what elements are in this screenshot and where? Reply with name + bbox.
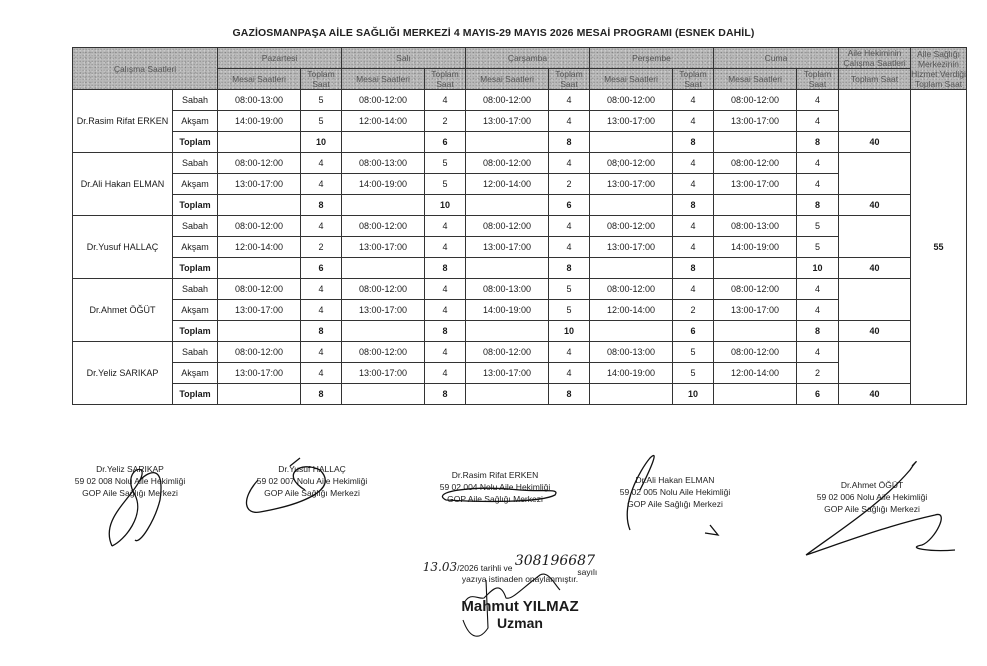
hours-count-cell: 4	[797, 153, 839, 174]
hours-count-cell: 4	[797, 342, 839, 363]
approval-block: 13.03/2026 tarihli ve 308196687 sayılı y…	[400, 562, 640, 631]
hours-cell	[342, 384, 425, 405]
hours-count-cell: 2	[301, 237, 342, 258]
hours-cell	[590, 258, 673, 279]
hours-cell: 08:00-12:00	[714, 90, 797, 111]
hours-cell: 08:00-12:00	[714, 342, 797, 363]
signer-name: Dr.Yeliz SARIKAP	[40, 463, 220, 475]
day-total-cell: 8	[301, 195, 342, 216]
hours-cell: 08:00-12:00	[342, 342, 425, 363]
signer-center: GOP Aile Sağlığı Merkezi	[405, 493, 585, 505]
hours-count-cell: 4	[549, 342, 590, 363]
hours-cell: 14:00-19:00	[590, 363, 673, 384]
hours-count-cell: 4	[549, 216, 590, 237]
shift-label: Toplam	[173, 258, 218, 279]
hours-count-cell: 4	[425, 363, 466, 384]
hours-cell: 08:00-13:00	[466, 279, 549, 300]
hours-count-cell: 5	[673, 363, 714, 384]
hours-count-cell: 4	[797, 174, 839, 195]
day-total-cell: 10	[673, 384, 714, 405]
hours-cell	[466, 258, 549, 279]
hours-cell: 13:00-17:00	[590, 111, 673, 132]
day-total-cell: 10	[549, 321, 590, 342]
signer-unit: 59 02 006 Nolu Aile Hekimliği	[782, 491, 962, 503]
hours-cell: 14:00-19:00	[466, 300, 549, 321]
asm-service-total-header: Aile Sağlığı Merkezinin Hizmet Verdiği T…	[911, 48, 967, 90]
shift-label: Akşam	[173, 111, 218, 132]
hours-count-cell: 4	[301, 174, 342, 195]
table-row: Toplam81068840	[73, 195, 967, 216]
hours-cell: 13:00-17:00	[466, 237, 549, 258]
hours-cell	[218, 384, 301, 405]
doctor-name: Dr.Yeliz SARIKAP	[73, 342, 173, 405]
hours-cell: 13:00-17:00	[342, 237, 425, 258]
hours-count-cell: 4	[673, 237, 714, 258]
weekly-total-cell: 40	[839, 132, 911, 153]
hours-count-cell: 4	[425, 216, 466, 237]
doctor-name: Dr.Ahmet ÖĞÜT	[73, 279, 173, 342]
hours-cell	[342, 321, 425, 342]
day-total-cell: 6	[797, 384, 839, 405]
hours-cell: 08:00-12:00	[590, 279, 673, 300]
day-total-cell: 8	[549, 384, 590, 405]
table-row: Dr.Yusuf HALLAÇSabah08:00-12:00408:00-12…	[73, 216, 967, 237]
hours-cell	[590, 384, 673, 405]
hours-cell: 14:00-19:00	[218, 111, 301, 132]
shift-label: Sabah	[173, 153, 218, 174]
hours-count-cell: 4	[673, 153, 714, 174]
day-total-cell: 6	[425, 132, 466, 153]
signer-center: GOP Aile Sağlığı Merkezi	[222, 487, 402, 499]
hours-count-cell: 2	[797, 363, 839, 384]
hours-count-cell: 2	[425, 111, 466, 132]
hours-count-cell: 4	[549, 111, 590, 132]
hours-cell: 08:00-12:00	[218, 153, 301, 174]
hours-count-cell: 5	[549, 300, 590, 321]
hours-cell: 12:00-14:00	[714, 363, 797, 384]
hours-cell: 08:00-13:00	[714, 216, 797, 237]
hours-cell: 08:00-12:00	[466, 342, 549, 363]
signer-unit: 59 02 004 Nolu Aile Hekimliği	[405, 481, 585, 493]
subheader-toplam: Toplam Saat	[797, 69, 839, 90]
table-row: Akşam13:00-17:00414:00-19:00512:00-14:00…	[73, 174, 967, 195]
day-total-cell: 8	[673, 258, 714, 279]
shift-label: Sabah	[173, 342, 218, 363]
hours-cell: 08:00-12:00	[218, 342, 301, 363]
approver-title: Uzman	[400, 615, 640, 631]
hours-cell: 13:00-17:00	[466, 363, 549, 384]
weekly-total-cell: 40	[839, 384, 911, 405]
hours-cell: 08:00-12:00	[218, 216, 301, 237]
day-total-cell: 8	[549, 258, 590, 279]
signature-block: Dr.Yeliz SARIKAP 59 02 008 Nolu Aile Hek…	[40, 463, 220, 499]
day-total-cell: 8	[425, 258, 466, 279]
shift-label: Toplam	[173, 384, 218, 405]
approval-number-suffix: sayılı	[577, 567, 597, 577]
weekly-total-cell: 40	[839, 321, 911, 342]
table-row: Akşam12:00-14:00213:00-17:00413:00-17:00…	[73, 237, 967, 258]
hours-cell: 12:00-14:00	[218, 237, 301, 258]
hours-cell: 08:00-12:00	[466, 90, 549, 111]
hours-cell: 13:00-17:00	[342, 300, 425, 321]
hours-cell	[218, 258, 301, 279]
day-total-cell: 8	[797, 195, 839, 216]
signature-block: Dr.Rasim Rifat ERKEN 59 02 004 Nolu Aile…	[405, 469, 585, 505]
signer-center: GOP Aile Sağlığı Merkezi	[782, 503, 962, 515]
table-row: Dr.Rasim Rifat ERKENSabah08:00-13:00508:…	[73, 90, 967, 111]
subheader-mesai: Mesai Saatleri	[218, 69, 301, 90]
day-header-wednesday: Çarşamba	[466, 48, 590, 69]
hours-count-cell: 4	[301, 279, 342, 300]
subheader-family-total: Toplam Saat	[839, 69, 911, 90]
table-row: Dr.Ahmet ÖĞÜTSabah08:00-12:00408:00-12:0…	[73, 279, 967, 300]
hours-count-cell: 4	[673, 174, 714, 195]
table-row: Akşam14:00-19:00512:00-14:00213:00-17:00…	[73, 111, 967, 132]
hours-cell	[466, 384, 549, 405]
day-total-cell: 6	[549, 195, 590, 216]
signer-center: GOP Aile Sağlığı Merkezi	[585, 498, 765, 510]
day-header-thursday: Perşembe	[590, 48, 714, 69]
hours-count-cell: 4	[301, 363, 342, 384]
hours-cell: 08:00-12:00	[590, 90, 673, 111]
hours-cell	[218, 132, 301, 153]
hours-cell	[466, 321, 549, 342]
day-total-cell: 8	[673, 132, 714, 153]
hours-count-cell: 4	[549, 153, 590, 174]
hours-count-cell: 5	[797, 216, 839, 237]
signature-block: Dr.Yusuf HALLAÇ 59 02 007 Nolu Aile Heki…	[222, 463, 402, 499]
hours-cell	[714, 384, 797, 405]
day-total-cell: 8	[425, 384, 466, 405]
signature-block: Dr.Ali Hakan ELMAN 59 02 005 Nolu Aile H…	[585, 474, 765, 510]
shift-label: Akşam	[173, 363, 218, 384]
subheader-toplam: Toplam Saat	[673, 69, 714, 90]
hours-cell: 13:00-17:00	[466, 111, 549, 132]
signer-name: Dr.Ahmet ÖĞÜT	[782, 479, 962, 491]
hours-count-cell: 4	[425, 237, 466, 258]
hours-count-cell: 4	[797, 300, 839, 321]
shift-label: Sabah	[173, 279, 218, 300]
hours-cell: 08:00-12:00	[342, 279, 425, 300]
subheader-mesai: Mesai Saatleri	[466, 69, 549, 90]
doctor-name: Dr.Yusuf HALLAÇ	[73, 216, 173, 279]
hours-count-cell: 2	[673, 300, 714, 321]
shift-label: Akşam	[173, 174, 218, 195]
approval-line2: yazıya istinaden onaylanmıştır.	[400, 574, 640, 585]
hours-cell	[590, 132, 673, 153]
hours-count-cell: 4	[549, 237, 590, 258]
hours-count-cell: 4	[425, 300, 466, 321]
hours-cell: 12:00-14:00	[466, 174, 549, 195]
weekly-total-cell: 40	[839, 195, 911, 216]
subheader-mesai: Mesai Saatleri	[342, 69, 425, 90]
day-total-cell: 8	[673, 195, 714, 216]
subheader-mesai: Mesai Saatleri	[590, 69, 673, 90]
hours-cell	[714, 321, 797, 342]
hours-cell: 13:00-17:00	[714, 300, 797, 321]
approval-date-suffix: /2026 tarihli ve	[457, 563, 512, 573]
signer-name: Dr.Ali Hakan ELMAN	[585, 474, 765, 486]
hours-count-cell: 4	[673, 216, 714, 237]
signer-unit: 59 02 007 Nolu Aile Hekimliği	[222, 475, 402, 487]
signature-block: Dr.Ahmet ÖĞÜT 59 02 006 Nolu Aile Hekiml…	[782, 479, 962, 515]
hours-count-cell: 5	[549, 279, 590, 300]
doctor-name: Dr.Ali Hakan ELMAN	[73, 153, 173, 216]
hours-cell: 08;00-12:00	[590, 153, 673, 174]
day-header-friday: Cuma	[714, 48, 839, 69]
family-physician-blank	[839, 90, 911, 132]
day-total-cell: 8	[301, 321, 342, 342]
hours-count-cell: 5	[301, 90, 342, 111]
shift-label: Akşam	[173, 237, 218, 258]
family-physician-blank	[839, 279, 911, 321]
hours-cell: 08:00-12:00	[342, 216, 425, 237]
doctor-name: Dr.Rasim Rifat ERKEN	[73, 90, 173, 153]
hours-cell: 08:00-13:00	[590, 342, 673, 363]
hours-cell	[466, 195, 549, 216]
day-total-cell: 6	[301, 258, 342, 279]
table-row: Dr.Yeliz SARIKAPSabah08:00-12:00408:00-1…	[73, 342, 967, 363]
table-row: Toplam88106840	[73, 321, 967, 342]
family-physician-blank	[839, 153, 911, 195]
day-total-cell: 8	[425, 321, 466, 342]
hours-cell: 08:00-13:00	[342, 153, 425, 174]
hours-count-cell: 4	[425, 342, 466, 363]
table-row: Akşam13:00-17:00413:00-17:00413:00-17:00…	[73, 363, 967, 384]
table-row: Dr.Ali Hakan ELMANSabah08:00-12:00408:00…	[73, 153, 967, 174]
hours-cell: 13:00-17:00	[218, 363, 301, 384]
hours-count-cell: 4	[301, 216, 342, 237]
day-total-cell: 10	[797, 258, 839, 279]
hours-cell: 12:00-14:00	[342, 111, 425, 132]
hours-count-cell: 5	[301, 111, 342, 132]
day-total-cell: 10	[425, 195, 466, 216]
hours-count-cell: 4	[549, 363, 590, 384]
hours-count-cell: 4	[425, 90, 466, 111]
family-physician-blank	[839, 342, 911, 384]
hours-cell: 08:00-12:00	[466, 153, 549, 174]
hours-count-cell: 4	[797, 279, 839, 300]
hours-count-cell: 4	[673, 90, 714, 111]
hours-cell	[714, 195, 797, 216]
hours-cell	[466, 132, 549, 153]
hours-count-cell: 4	[301, 342, 342, 363]
hours-cell: 08:00-12:00	[342, 90, 425, 111]
approval-line1: 13.03/2026 tarihli ve 308196687 sayılı	[400, 562, 640, 574]
hours-cell: 13:00-17:00	[218, 300, 301, 321]
subheader-mesai: Mesai Saatleri	[714, 69, 797, 90]
hours-cell: 08:00-12:00	[714, 153, 797, 174]
family-physician-blank	[839, 216, 911, 258]
day-header-monday: Pazartesi	[218, 48, 342, 69]
hours-count-cell: 4	[797, 90, 839, 111]
schedule-body: Dr.Rasim Rifat ERKENSabah08:00-13:00508:…	[73, 90, 967, 405]
signer-unit: 59 02 005 Nolu Aile Hekimliği	[585, 486, 765, 498]
day-total-cell: 6	[673, 321, 714, 342]
hours-count-cell: 4	[797, 111, 839, 132]
day-total-cell: 8	[301, 384, 342, 405]
hours-cell	[590, 321, 673, 342]
handwritten-date: 13.03	[423, 560, 457, 574]
hours-count-cell: 4	[301, 153, 342, 174]
day-total-cell: 8	[797, 132, 839, 153]
family-physician-hours-header: Aile Hekiminin Çalışma Saatleri	[839, 48, 911, 69]
hours-cell	[342, 195, 425, 216]
document-title: GAZİOSMANPAŞA AİLE SAĞLIĞI MERKEZİ 4 MAY…	[0, 27, 987, 39]
hours-cell: 08:00-13:00	[218, 90, 301, 111]
shift-label: Toplam	[173, 132, 218, 153]
hours-cell: 08:00-12:00	[466, 216, 549, 237]
hours-count-cell: 2	[549, 174, 590, 195]
shift-label: Akşam	[173, 300, 218, 321]
hours-cell	[590, 195, 673, 216]
shift-label: Toplam	[173, 321, 218, 342]
hours-count-cell: 4	[549, 90, 590, 111]
table-row: Akşam13:00-17:00413:00-17:00414:00-19:00…	[73, 300, 967, 321]
hours-cell	[218, 195, 301, 216]
hours-count-cell: 5	[425, 174, 466, 195]
schedule-table: Çalışma Saatleri Pazartesi Salı Çarşamba…	[72, 47, 967, 405]
hours-count-cell: 4	[673, 111, 714, 132]
day-total-cell: 10	[301, 132, 342, 153]
hours-cell: 13:00-17:00	[590, 237, 673, 258]
hours-count-cell: 4	[425, 279, 466, 300]
hours-cell: 14:00-19:00	[342, 174, 425, 195]
day-total-cell: 8	[549, 132, 590, 153]
hours-cell	[342, 132, 425, 153]
signer-center: GOP Aile Sağlığı Merkezi	[40, 487, 220, 499]
hours-cell: 13:00-17:00	[714, 111, 797, 132]
asm-total-cell: 55	[911, 90, 967, 405]
hours-cell	[714, 132, 797, 153]
day-total-cell: 8	[797, 321, 839, 342]
hours-cell: 08:00-12:00	[590, 216, 673, 237]
hours-cell: 13:00-17:00	[342, 363, 425, 384]
signer-unit: 59 02 008 Nolu Aile Hekimliği	[40, 475, 220, 487]
working-hours-header: Çalışma Saatleri	[73, 48, 218, 90]
signer-name: Dr.Yusuf HALLAÇ	[222, 463, 402, 475]
hours-cell: 13:00-17:00	[714, 174, 797, 195]
shift-label: Sabah	[173, 90, 218, 111]
hours-count-cell: 4	[673, 279, 714, 300]
subheader-toplam: Toplam Saat	[301, 69, 342, 90]
approver-name: Mahmut YILMAZ	[400, 599, 640, 615]
hours-count-cell: 4	[301, 300, 342, 321]
shift-label: Toplam	[173, 195, 218, 216]
day-header-tuesday: Salı	[342, 48, 466, 69]
hours-count-cell: 5	[425, 153, 466, 174]
hours-cell	[342, 258, 425, 279]
hours-cell: 14:00-19:00	[714, 237, 797, 258]
table-row: Toplam68881040	[73, 258, 967, 279]
weekly-total-cell: 40	[839, 258, 911, 279]
subheader-toplam: Toplam Saat	[425, 69, 466, 90]
hours-cell: 13:00-17:00	[218, 174, 301, 195]
hours-cell: 12:00-14:00	[590, 300, 673, 321]
signer-name: Dr.Rasim Rifat ERKEN	[405, 469, 585, 481]
hours-cell: 08:00-12:00	[714, 279, 797, 300]
subheader-toplam: Toplam Saat	[549, 69, 590, 90]
hours-cell: 08:00-12:00	[218, 279, 301, 300]
hours-cell	[714, 258, 797, 279]
table-row: Toplam10688840	[73, 132, 967, 153]
hours-count-cell: 5	[797, 237, 839, 258]
hours-cell	[218, 321, 301, 342]
hours-cell: 13:00-17:00	[590, 174, 673, 195]
hours-count-cell: 5	[673, 342, 714, 363]
shift-label: Sabah	[173, 216, 218, 237]
table-row: Toplam88810640	[73, 384, 967, 405]
